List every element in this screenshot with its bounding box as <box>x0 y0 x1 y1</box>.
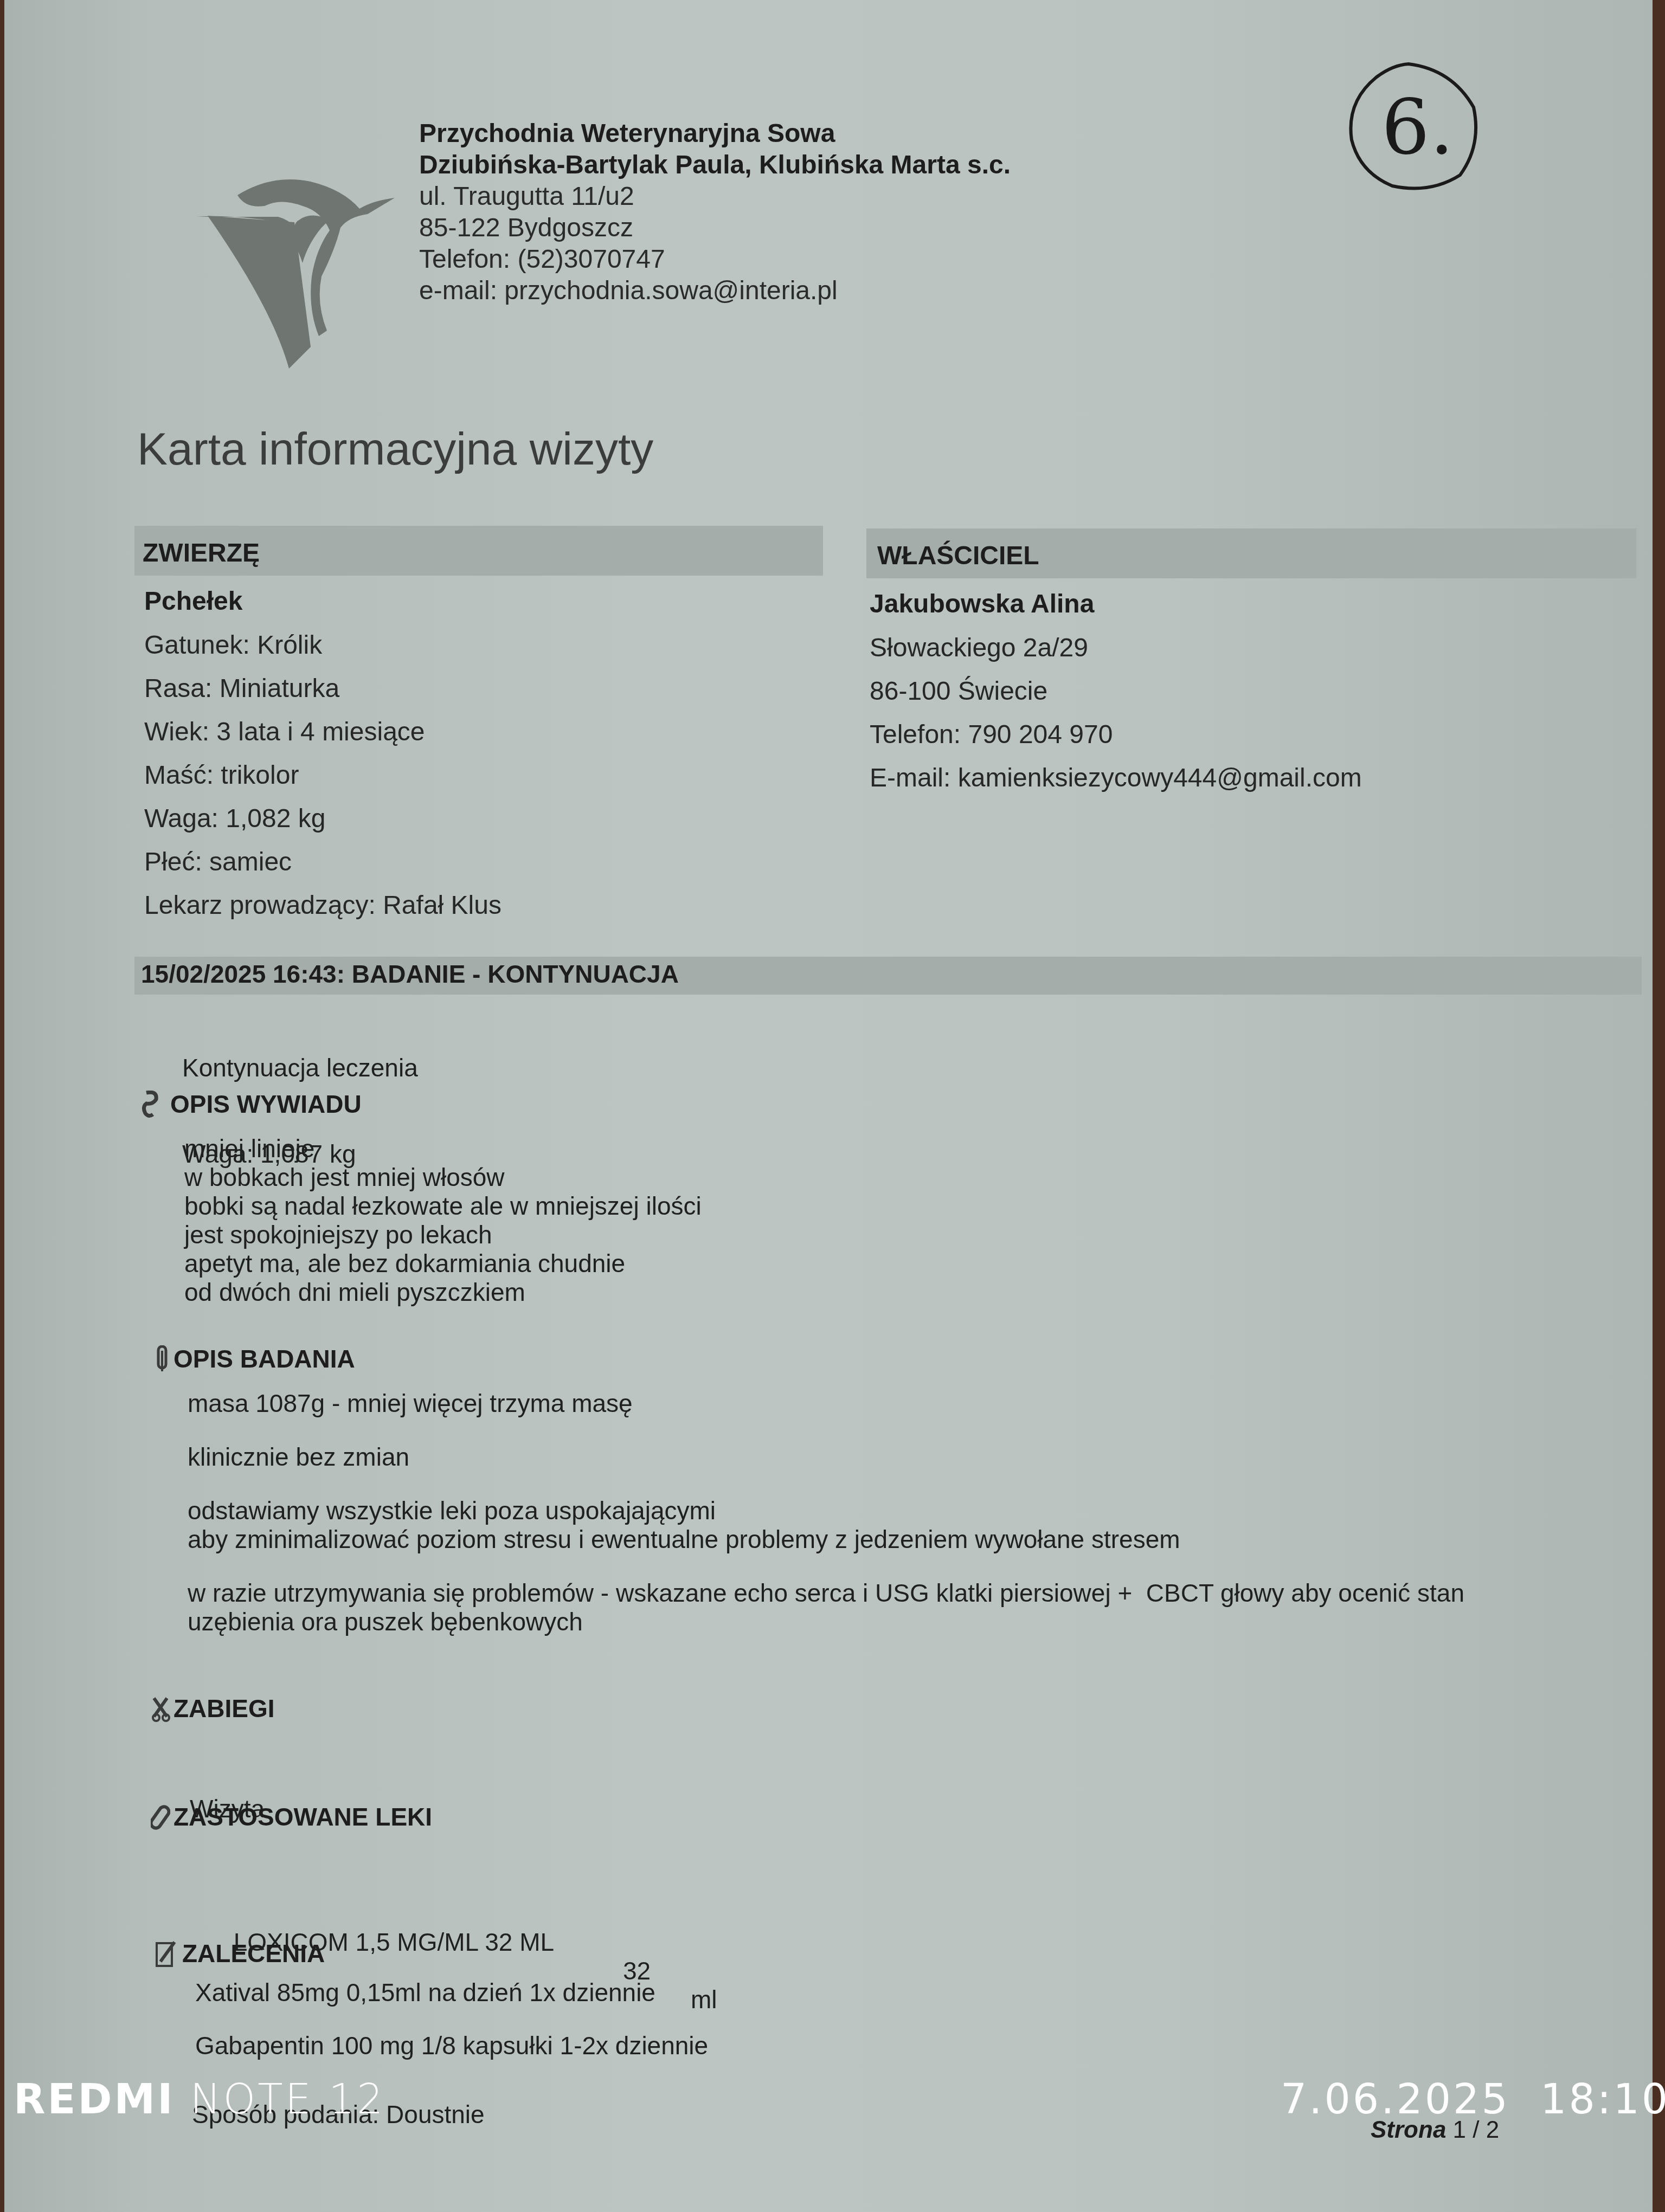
text-line <box>188 1554 1464 1579</box>
text-line: masa 1087g - mniej więcej trzyma masę <box>188 1389 1464 1418</box>
text-line: w bobkach jest mniej włosów <box>184 1163 702 1192</box>
text-line: klinicznie bez zmian <box>188 1443 1464 1472</box>
text-line <box>195 2007 708 2032</box>
section-recommendations-header: ZALECENIA <box>155 1939 325 1968</box>
section-recommendations-title: ZALECENIA <box>182 1939 325 1968</box>
section-interview-header: OPIS WYWIADU <box>141 1089 362 1119</box>
section-procedures-title: ZABIEGI <box>173 1694 275 1723</box>
text-line: jest spokojniejszy po lekach <box>184 1221 702 1249</box>
visit-header: 15/02/2025 16:43: BADANIE - KONTYNUACJA <box>141 959 679 989</box>
text-line: w razie utrzymywania się problemów - wsk… <box>188 1579 1464 1608</box>
document-title: Karta informacyjna wizyty <box>137 423 653 475</box>
clinic-email: e-mail: przychodnia.sowa@interia.pl <box>419 275 1011 307</box>
owner-field: Telefon: 790 204 970 <box>870 720 1113 750</box>
owner-field: 86-100 Świecie <box>870 676 1047 706</box>
section-interview-body: mniej liniejew bobkach jest mniej włosów… <box>184 1134 702 1307</box>
owner-name: Jakubowska Alina <box>870 589 1094 619</box>
section-exam-body: masa 1087g - mniej więcej trzyma masękli… <box>188 1389 1464 1636</box>
thermometer-icon <box>154 1345 170 1373</box>
text-line: aby zminimalizować poziom stresu i ewent… <box>188 1525 1464 1554</box>
text-line: uzębienia ora puszek bębenkowych <box>188 1608 1464 1636</box>
clinic-city: 85-122 Bydgoszcz <box>419 212 1011 244</box>
section-interview-title: OPIS WYWIADU <box>170 1089 362 1119</box>
scissors-icon <box>152 1695 170 1723</box>
animal-field: Lekarz prowadzący: Rafał Klus <box>144 891 502 920</box>
text-line <box>188 1418 1464 1443</box>
animal-field: Maść: trikolor <box>144 760 299 790</box>
owner-header: WŁAŚCICIEL <box>877 541 1039 571</box>
camera-watermark-datetime: 7.06.2025 18:10 <box>1281 2075 1665 2123</box>
section-exam-title: OPIS BADANIA <box>173 1344 355 1373</box>
edit-note-icon <box>155 1940 179 1968</box>
animal-header: ZWIERZĘ <box>143 538 260 568</box>
clinic-name: Przychodnia Weterynaryjna Sowa <box>419 118 1011 150</box>
text-line: Xatival 85mg 0,15ml na dzień 1x dziennie <box>195 1978 708 2007</box>
text-line: od dwóch dni mieli pyszczkiem <box>184 1278 702 1307</box>
section-recommendations-body: Xatival 85mg 0,15ml na dzień 1x dziennie… <box>195 1978 708 2060</box>
animal-field: Wiek: 3 lata i 4 miesiące <box>144 717 425 747</box>
animal-field: Waga: 1,082 kg <box>144 804 325 834</box>
camera-brand: REDMI <box>14 2075 175 2123</box>
owner-field: Słowackiego 2a/29 <box>870 633 1088 663</box>
stethoscope-icon <box>141 1091 167 1119</box>
section-procedures-header: ZABIEGI <box>152 1694 275 1723</box>
svg-text:6.: 6. <box>1381 83 1454 172</box>
section-medications-header: ZASTOSOWANE LEKI <box>151 1802 432 1831</box>
owner-field: E-mail: kamienksiezycowy444@gmail.com <box>870 763 1362 793</box>
text-line: odstawiamy wszystkie leki poza uspokajaj… <box>188 1497 1464 1525</box>
text-line: mniej linieje <box>184 1134 702 1163</box>
clinic-info: Przychodnia Weterynaryjna Sowa Dziubińsk… <box>419 118 1011 307</box>
animal-field: Rasa: Miniaturka <box>144 674 339 704</box>
handwritten-page-number-mark: 6. <box>1343 59 1484 194</box>
section-medications-title: ZASTOSOWANE LEKI <box>173 1802 432 1831</box>
pill-icon <box>151 1803 170 1831</box>
animal-name: Pchełek <box>144 586 242 616</box>
document-page: Przychodnia Weterynaryjna Sowa Dziubińsk… <box>4 0 1653 2212</box>
text-line: apetyt ma, ale bez dokarmiania chudnie <box>184 1249 702 1278</box>
text-line <box>188 1472 1464 1497</box>
animal-field: Płeć: samiec <box>144 847 292 877</box>
animal-field: Gatunek: Królik <box>144 630 322 660</box>
clinic-owners: Dziubińska-Bartylak Paula, Klubińska Mar… <box>419 150 1011 181</box>
camera-model: NOTE 12 <box>190 2075 385 2123</box>
owl-v-logo-icon <box>186 168 403 374</box>
text-line: bobki są nadal łezkowate ale w mniejszej… <box>184 1192 702 1221</box>
section-exam-header: OPIS BADANIA <box>154 1344 355 1373</box>
clinic-street: ul. Traugutta 11/u2 <box>419 181 1011 212</box>
text-line: Gabapentin 100 mg 1/8 kapsułki 1-2x dzie… <box>195 2032 708 2060</box>
camera-watermark-model: REDMI NOTE 12 <box>14 2075 385 2123</box>
visit-reason: Kontynuacja leczenia <box>182 1054 418 1082</box>
clinic-phone: Telefon: (52)3070747 <box>419 244 1011 275</box>
